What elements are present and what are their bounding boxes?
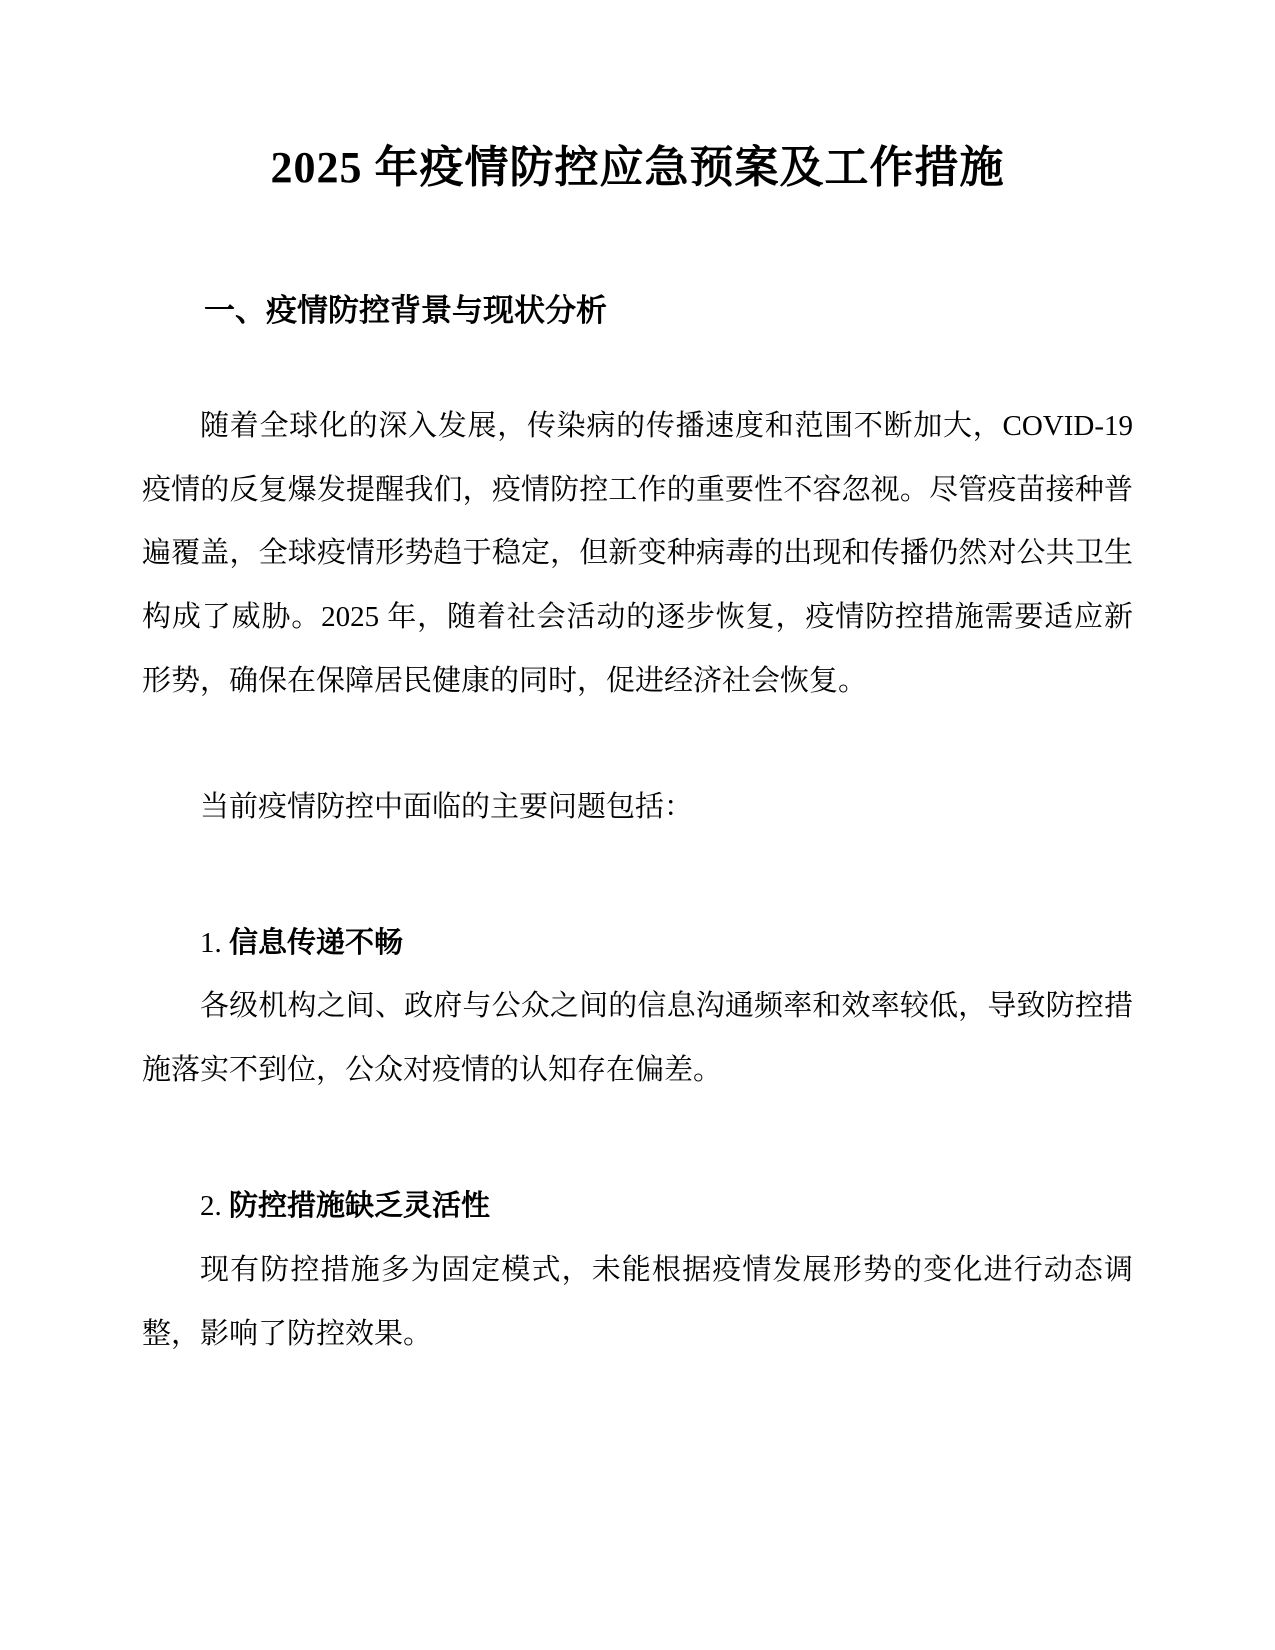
document-title: 2025 年疫情防控应急预案及工作措施 [142,138,1133,197]
problem-item-1-title: 信息传递不畅 [229,927,403,959]
problem-item-1: 1. 信息传递不畅 各级机构之间、政府与公众之间的信息沟通频率和效率较低，导致防… [142,912,1133,1103]
paragraph-problems-intro: 当前疫情防控中面临的主要问题包括： [142,776,1133,840]
paragraph-background: 随着全球化的深入发展，传染病的传播速度和范围不断加大，COVID-19 疫情的反… [142,395,1133,714]
section-heading-background-analysis: 一、疫情防控背景与现状分析 [142,289,1133,332]
problem-item-2-heading: 2. 防控措施缺乏灵活性 [142,1175,1133,1239]
problem-item-1-number: 1. [200,927,222,959]
problem-item-1-body: 各级机构之间、政府与公众之间的信息沟通频率和效率较低，导致防控措施落实不到位，公… [142,975,1133,1103]
problem-item-2-body: 现有防控措施多为固定模式，未能根据疫情发展形势的变化进行动态调整，影响了防控效果… [142,1239,1133,1367]
problem-item-1-heading: 1. 信息传递不畅 [142,912,1133,976]
document-page: 2025 年疫情防控应急预案及工作措施 一、疫情防控背景与现状分析 随着全球化的… [0,0,1275,1650]
problem-item-2: 2. 防控措施缺乏灵活性 现有防控措施多为固定模式，未能根据疫情发展形势的变化进… [142,1175,1133,1366]
problem-item-2-number: 2. [200,1190,222,1222]
problem-item-2-title: 防控措施缺乏灵活性 [229,1190,490,1222]
